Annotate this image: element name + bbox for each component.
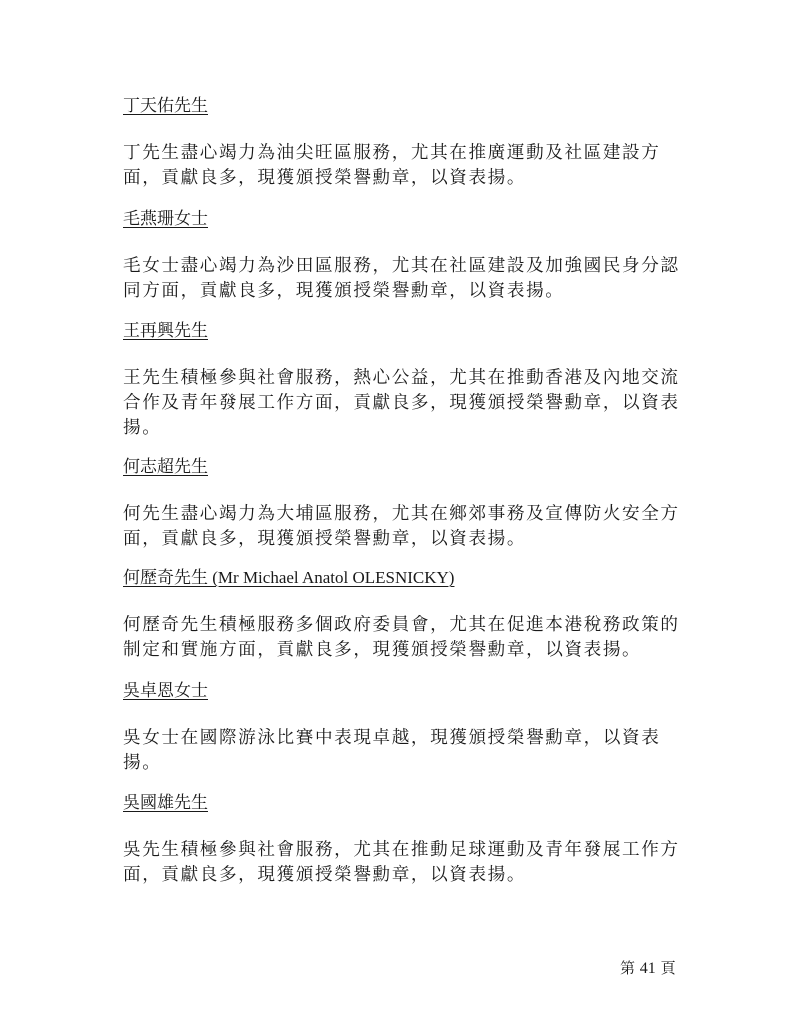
recipient-name-chinese: 何志超先生 xyxy=(123,457,208,477)
citation-text: 吳女士在國際游泳比賽中表現卓越，現獲頒授榮譽勳章，以資表揚。 xyxy=(123,726,683,776)
award-entry: 丁天佑先生 丁先生盡心竭力為油尖旺區服務，尤其在推廣運動及社區建設方面，貢獻良多… xyxy=(123,95,683,191)
document-page: 丁天佑先生 丁先生盡心竭力為油尖旺區服務，尤其在推廣運動及社區建設方面，貢獻良多… xyxy=(0,0,791,1024)
recipient-name-chinese: 何歷奇先生 xyxy=(123,568,208,588)
citation-text: 何先生盡心竭力為大埔區服務，尤其在鄉郊事務及宣傳防火安全方面，貢獻良多，現獲頒授… xyxy=(123,502,683,552)
recipient-name-chinese: 吳卓恩女士 xyxy=(123,681,208,701)
award-entry: 何志超先生 何先生盡心竭力為大埔區服務，尤其在鄉郊事務及宣傳防火安全方面，貢獻良… xyxy=(123,456,683,552)
award-entry: 王再興先生 王先生積極參與社會服務，熱心公益，尤其在推動香港及內地交流合作及青年… xyxy=(123,320,683,441)
page-number-suffix: 頁 xyxy=(661,959,676,977)
award-entry: 吳卓恩女士 吳女士在國際游泳比賽中表現卓越，現獲頒授榮譽勳章，以資表揚。 xyxy=(123,680,683,776)
recipient-name-latin: (Mr Michael Anatol OLESNICKY) xyxy=(208,568,454,587)
recipient-name: 丁天佑先生 xyxy=(123,95,683,117)
award-entry: 吳國雄先生 吳先生積極參與社會服務，尤其在推動足球運動及青年發展工作方面，貢獻良… xyxy=(123,792,683,888)
recipient-name: 何志超先生 xyxy=(123,456,683,478)
citation-text: 毛女士盡心竭力為沙田區服務，尤其在社區建設及加強國民身分認同方面，貢獻良多，現獲… xyxy=(123,254,683,304)
recipient-name: 王再興先生 xyxy=(123,320,683,342)
page-number: 第 41 頁 xyxy=(620,958,676,979)
recipient-name: 毛燕珊女士 xyxy=(123,208,683,230)
citation-text: 吳先生積極參與社會服務，尤其在推動足球運動及青年發展工作方面，貢獻良多，現獲頒授… xyxy=(123,838,683,888)
citation-text: 王先生積極參與社會服務，熱心公益，尤其在推動香港及內地交流合作及青年發展工作方面… xyxy=(123,366,683,441)
citation-text: 何歷奇先生積極服務多個政府委員會，尤其在促進本港稅務政策的制定和實施方面，貢獻良… xyxy=(123,613,683,663)
recipient-name-chinese: 吳國雄先生 xyxy=(123,793,208,813)
page-number-value: 41 xyxy=(640,960,656,977)
recipient-name-chinese: 毛燕珊女士 xyxy=(123,209,208,229)
recipient-name-chinese: 王再興先生 xyxy=(123,321,208,341)
recipient-name: 吳國雄先生 xyxy=(123,792,683,814)
page-number-prefix: 第 xyxy=(620,959,635,977)
recipient-name: 何歷奇先生 (Mr Michael Anatol OLESNICKY) xyxy=(123,567,683,589)
citation-text: 丁先生盡心竭力為油尖旺區服務，尤其在推廣運動及社區建設方面，貢獻良多，現獲頒授榮… xyxy=(123,141,683,191)
award-entry: 毛燕珊女士 毛女士盡心竭力為沙田區服務，尤其在社區建設及加強國民身分認同方面，貢… xyxy=(123,208,683,304)
recipient-name: 吳卓恩女士 xyxy=(123,680,683,702)
award-entry: 何歷奇先生 (Mr Michael Anatol OLESNICKY) 何歷奇先… xyxy=(123,567,683,663)
recipient-name-chinese: 丁天佑先生 xyxy=(123,96,208,116)
